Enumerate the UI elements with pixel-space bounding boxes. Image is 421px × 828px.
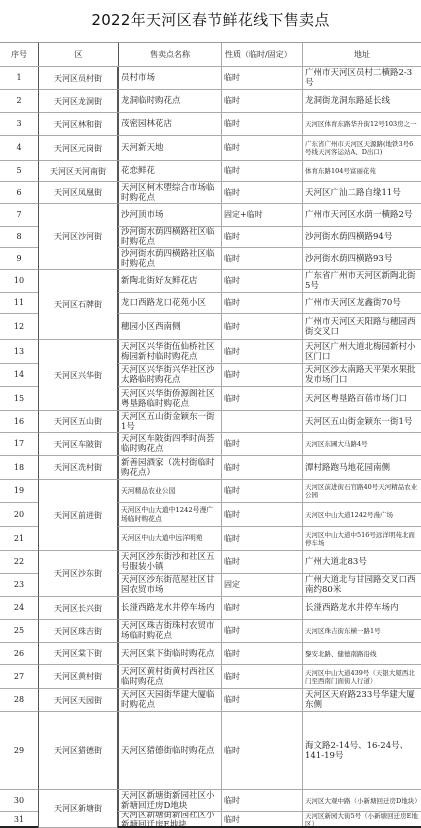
district-cell: 天河区龙洞街 [38,90,118,113]
row-type: 临时 [221,503,302,526]
row-sale-point-name: 新善园酒家（冼村街临时购花点） [118,456,221,479]
row-sale-point-name: 沙河街水荫四横路社区临时购花点 [118,227,221,247]
row-address: 天河区沙太南路天平架水果批发市场门口 [302,364,421,386]
row-index: 28 [0,689,38,711]
header-address: 地址 [302,43,421,66]
row-sale-point-name: 龙口西路龙口花苑小区 [118,293,221,313]
row-sale-point-name: 天河区车陂街四季时尚荟临时购花点 [118,433,221,455]
header-district: 区 [38,43,118,66]
row-index: 20 [0,503,38,526]
row-type: 临时 [221,527,302,550]
row-index: 13 [0,340,38,363]
district-cell: 天河区沙河街 [38,204,118,270]
row-index: 24 [0,597,38,619]
row-sale-point-name: 天河区兴华街伍仙桥社区梅园新村临时购花点 [118,340,221,363]
row-address: 天河区前进街石官路40号天河精品农业公园 [302,480,421,502]
row-address: 天河区大观中路（小新塘回迁房D地块） [302,790,421,811]
district-cell: 天河区长兴街 [38,597,118,620]
row-type: 临时 [221,136,302,160]
row-type: 临时 [221,597,302,619]
row-index: 14 [0,364,38,386]
row-index: 5 [0,161,38,181]
row-address: 天河区广州大道北梅园新村小区门口 [302,340,421,363]
row-index: 30 [0,790,38,811]
row-address: 广东省广州市天河区天源路(地铁3号6号线天河客运站A、D出口) [302,136,421,160]
row-sale-point-name: 穗园小区西南侧 [118,314,221,339]
row-type: 临时 [221,643,302,664]
row-type: 临时 [221,248,302,269]
table-header: 序号 区 售卖点名称 性质（临时/固定） 地址 [0,43,421,67]
row-sale-point-name: 新陶北街好友鲜花店 [118,270,221,292]
row-index: 8 [0,227,38,247]
row-index: 16 [0,411,38,432]
row-sale-point-name: 天河区猎德街临时购花点 [118,712,221,789]
row-address: 沙河街水荫四横路94号 [302,227,421,247]
row-type: 临时 [221,314,302,339]
row-address: 沙河街水荫四横路93号 [302,248,421,269]
row-type: 临时 [221,293,302,313]
row-sale-point-name: 沙河街水荫四横路社区临时购花点 [118,248,221,269]
row-index: 9 [0,248,38,269]
row-address: 长湴西路龙水井停车场内 [302,597,421,619]
district-cell: 天河区天园街 [38,689,118,712]
header-name: 售卖点名称 [118,43,221,66]
row-sale-point-name: 天河区沙东街范屋社区甘园农贸市场 [118,574,221,596]
row-sale-point-name: 天河新天地 [118,136,221,160]
row-index: 27 [0,665,38,688]
row-index: 17 [0,433,38,455]
row-address: 天河区中山大道439号（天银大厦西北门至西南门面街人行道） [302,665,421,688]
row-index: 6 [0,182,38,203]
row-type: 临时 [221,90,302,112]
district-cell: 天河区天河南街 [38,161,118,182]
row-index: 4 [0,136,38,160]
district-cell: 天河区林和街 [38,113,118,136]
row-index: 7 [0,204,38,226]
district-cell: 天河区凤凰街 [38,182,118,204]
district-cell: 天河区车陂街 [38,433,118,456]
row-sale-point-name: 员村市场 [118,67,221,89]
row-address: 广州市天河区员村二横路2-3号 [302,67,421,89]
row-type: 临时 [221,665,302,688]
row-type [221,411,302,432]
row-sale-point-name: 天河区棠下街临时购花点 [118,643,221,664]
row-address: 天河区体育东路华升街12号103房之一 [302,113,421,135]
row-sale-point-name: 天河区沙东街沙和社区五号服装小镇 [118,551,221,573]
district-cell: 天河区冼村街 [38,456,118,480]
district-cell: 天河区新塘街 [38,790,118,828]
row-type: 临时 [221,456,302,479]
row-index: 1 [0,67,38,89]
row-type: 临时 [221,182,302,203]
district-cell: 天河区兴华街 [38,340,118,411]
row-type: 临时 [221,340,302,363]
row-address: 天河区广汕二路自缘11号 [302,182,421,203]
row-sale-point-name: 长湴西路龙水井停车场内 [118,597,221,619]
row-type: 临时 [221,270,302,292]
row-type: 临时 [221,67,302,89]
row-address: 天河区粤垦路百蓓市场门口 [302,387,421,410]
district-cell: 天河区沙东街 [38,551,118,597]
row-sale-point-name: 花恋鲜花 [118,161,221,181]
row-address: 天河区天府路233号华建大厦东侧 [302,689,421,711]
row-sale-point-name: 茂密园林花店 [118,113,221,135]
row-sale-point-name: 天河区新塘街新园社区小新塘回迁房D地块 [118,790,221,811]
row-index: 2 [0,90,38,112]
row-address: 天河区东圃大马路4号 [302,433,421,455]
row-type: 临时 [221,712,302,789]
district-cell: 天河区员村街 [38,67,118,90]
row-sale-point-name: 天河区五山街金颖东一街1号 [118,411,221,432]
district-cell: 天河区前进街 [38,480,118,551]
row-sale-point-name: 天河区柯木塱综合市场临时购花点 [118,182,221,203]
row-index: 23 [0,574,38,596]
row-address: 广州市天河区水荫一横路2号 [302,204,421,226]
row-type: 固定 [221,574,302,596]
row-index: 11 [0,293,38,313]
row-address: 天河区中山大道1242号漫广场 [302,503,421,526]
row-address: 广州市天河区龙鑫街70号 [302,293,421,313]
row-index: 26 [0,643,38,664]
row-type: 固定+临时 [221,204,302,226]
row-type: 临时 [221,790,302,811]
district-cell: 天河区黄村街 [38,665,118,689]
row-type: 临时 [221,551,302,573]
district-cell: 天河区元岗街 [38,136,118,161]
district-cell: 天河区猎德街 [38,712,118,790]
row-address: 广州大道北83号 [302,551,421,573]
row-type: 临时 [221,161,302,181]
row-address: 体育东路104号富丽花苑 [302,161,421,181]
row-sale-point-name: 天河区黄村街黄村西社区临时购花点 [118,665,221,688]
row-type: 临时 [221,387,302,410]
row-index: 12 [0,314,38,339]
row-address: 天河区新园大街5号（小新塘回迁房E地区） [302,812,421,827]
row-type: 临时 [221,689,302,711]
row-address: 潭村路跑马地花园南侧 [302,456,421,479]
row-index: 31 [0,812,38,827]
district-cell: 天河区珠吉街 [38,620,118,643]
row-type: 临时 [221,620,302,642]
header-index: 序号 [0,43,38,66]
row-index: 18 [0,456,38,479]
row-index: 19 [0,480,38,502]
district-cell: 天河区石牌街 [38,270,118,340]
row-sale-point-name: 天河区中山大道中1242号漫广场临时购花点 [118,503,221,526]
row-type: 临时 [221,227,302,247]
row-address: 黎安北路、健德南路沿线 [302,643,421,664]
row-index: 21 [0,527,38,550]
row-index: 15 [0,387,38,410]
row-type: 临时 [221,364,302,386]
row-index: 29 [0,712,38,789]
row-sale-point-name: 龙洞临时购花点 [118,90,221,112]
row-sale-point-name: 天河区新塘街新园社区小新塘回迁房E地块 [118,812,221,827]
row-address: 龙洞街龙洞东路延长线 [302,90,421,112]
row-address: 广州市天河区天阳路与穗园西街交叉口 [302,314,421,339]
row-index: 10 [0,270,38,292]
row-address: 天河区珠吉街东横一路1号 [302,620,421,642]
row-type: 临时 [221,480,302,502]
row-index: 25 [0,620,38,642]
row-sale-point-name: 天河区中山大道中远洋明苑 [118,527,221,550]
row-address: 天河区中山大道中516号远洋明苑北面停车场 [302,527,421,550]
row-sale-point-name: 沙河顶市场 [118,204,221,226]
row-sale-point-name: 天河精品农业公园 [118,480,221,502]
row-address: 广东省广州市天河区新陶北街5号 [302,270,421,292]
district-cell: 天河区五山街 [38,411,118,433]
row-type: 临时 [221,812,302,827]
row-address: 海文路2-14号、16-24号、141-19号 [302,712,421,789]
district-cell: 天河区棠下街 [38,643,118,665]
header-type: 性质（临时/固定） [221,43,302,66]
row-sale-point-name: 天河区珠吉街珠村农贸市场临时购花点 [118,620,221,642]
row-index: 3 [0,113,38,135]
sales-points-table: 序号 区 售卖点名称 性质（临时/固定） 地址 1员村市场临时广州市天河区员村二… [0,42,421,828]
row-index: 22 [0,551,38,573]
row-type: 临时 [221,433,302,455]
row-type: 临时 [221,113,302,135]
row-sale-point-name: 天河区天园街华建大厦临时购花点 [118,689,221,711]
page-title: 2022年天河区春节鲜花线下售卖点 [0,8,421,32]
row-sale-point-name: 天河区兴华街兴华社区沙太路临时购花点 [118,364,221,386]
row-address: 广州大道北与甘园路交叉口西南约80米 [302,574,421,596]
row-sale-point-name: 天河区兴华街侨源阁社区粤垦路临时购花点 [118,387,221,410]
row-address: 天河区五山街金颖东一街1号 [302,411,421,432]
